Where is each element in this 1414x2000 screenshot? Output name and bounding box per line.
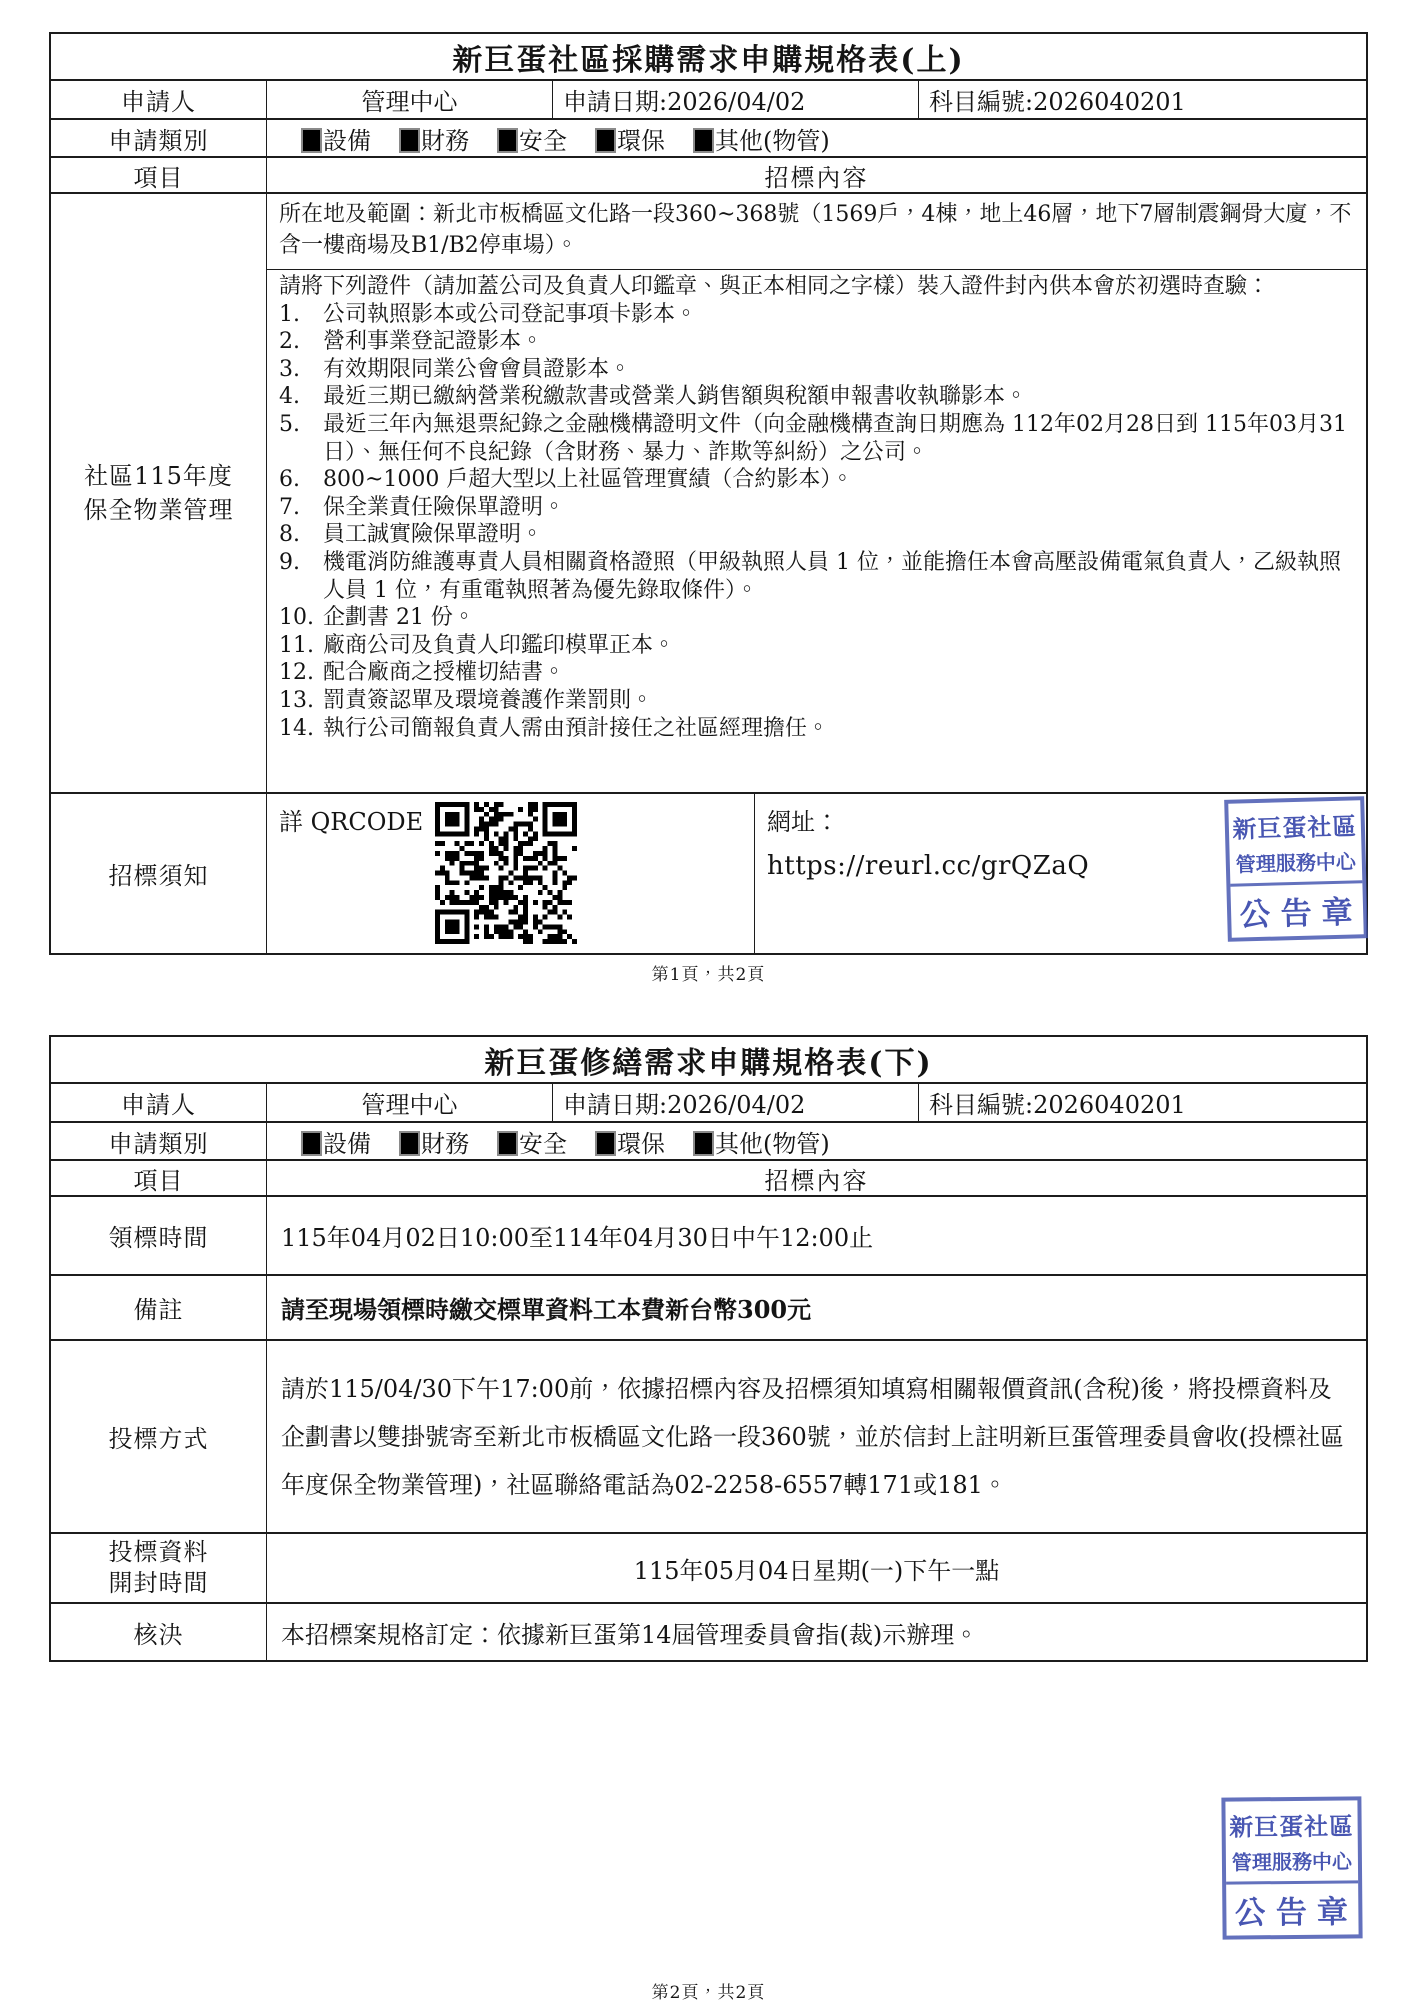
checkbox-filled-icon — [497, 128, 518, 153]
category-option: 其他(物管) — [693, 1124, 830, 1159]
table1-title-row: 新巨蛋社區採購需求申購規格表(上) — [51, 34, 1366, 79]
checkbox-filled-icon — [301, 1131, 322, 1156]
bid-opening-value: 115年05月04日星期(一)下午一點 — [266, 1534, 1366, 1602]
list-item: 9.機電消防維護專責人員相關資格證照（甲級執照人員 1 位，並能擔任本會高壓設備… — [279, 549, 1356, 604]
procurement-table-lower: 新巨蛋修繕需求申購規格表(下) 申請人 管理中心 申請日期:2026/04/02… — [49, 1035, 1368, 1662]
category-option: 安全 — [497, 121, 567, 156]
applicant-label: 申請人 — [51, 1084, 266, 1121]
qr-caption: 詳 QRCODE — [279, 802, 423, 837]
table1-category-row: 申請類別 設備 財務 安全 環保 其他(物管) — [51, 118, 1366, 156]
approval-value: 本招標案規格訂定：依據新巨蛋第14屆管理委員會指(裁)示辦理。 — [266, 1604, 1366, 1660]
tender-url: https://reurl.cc/grQZaQ — [767, 851, 1089, 881]
application-date: 申請日期:2026/04/02 — [552, 1084, 918, 1121]
bid-method-row: 投標方式 請於115/04/30下午17:00前，依據招標內容及招標須知填寫相關… — [51, 1339, 1366, 1532]
category-options: 設備 財務 安全 環保 其他(物管) — [266, 1123, 1366, 1159]
subject-number: 科目編號:2026040201 — [918, 1084, 1366, 1121]
item-label: 項目 — [51, 158, 266, 192]
category-option: 財務 — [399, 121, 469, 156]
scanned-document-page: 新巨蛋社區採購需求申購規格表(上) 申請人 管理中心 申請日期:2026/04/… — [0, 0, 1414, 2000]
checkbox-filled-icon — [301, 128, 322, 153]
remark-value: 請至現場領標時繳交標單資料工本費新台幣300元 — [266, 1276, 1366, 1339]
category-option: 設備 — [301, 121, 371, 156]
bid-opening-label: 投標資料 開封時間 — [51, 1534, 266, 1602]
announcement-stamp: 新巨蛋社區 管理服務中心 公告章 — [1224, 796, 1368, 942]
category-options: 設備 財務 安全 環保 其他(物管) — [266, 120, 1366, 156]
checkbox-filled-icon — [497, 1131, 518, 1156]
applicant-value: 管理中心 — [266, 81, 552, 118]
category-option: 環保 — [595, 1124, 665, 1159]
pickup-time-value: 115年04月02日10:00至114年04月30日中午12:00止 — [266, 1197, 1366, 1274]
category-option: 其他(物管) — [693, 121, 830, 156]
bid-method-label: 投標方式 — [51, 1341, 266, 1532]
location-scope: 所在地及範圍：新北市板橋區文化路一段360~368號（1569戶，4棟，地上46… — [267, 194, 1366, 270]
content-header: 招標內容 — [266, 158, 1366, 192]
list-item: 7.保全業責任險保單證明。 — [279, 494, 1356, 522]
applicant-value: 管理中心 — [266, 1084, 552, 1121]
table2-applicant-row: 申請人 管理中心 申請日期:2026/04/02 科目編號:2026040201 — [51, 1082, 1366, 1121]
item-label: 項目 — [51, 1161, 266, 1195]
list-item: 3.有效期限同業公會會員證影本。 — [279, 356, 1356, 384]
list-item: 13.罰責簽認單及環境養護作業罰則。 — [279, 687, 1356, 715]
table1-applicant-row: 申請人 管理中心 申請日期:2026/04/02 科目編號:2026040201 — [51, 79, 1366, 118]
table1-title: 新巨蛋社區採購需求申購規格表(上) — [452, 35, 964, 79]
applicant-label: 申請人 — [51, 81, 266, 118]
qr-code — [435, 802, 577, 944]
procurement-table-upper: 新巨蛋社區採購需求申購規格表(上) 申請人 管理中心 申請日期:2026/04/… — [49, 32, 1368, 955]
list-item: 2.營利事業登記證影本。 — [279, 328, 1356, 356]
bid-method-value: 請於115/04/30下午17:00前，依據招標內容及招標須知填寫相關報價資訊(… — [266, 1341, 1366, 1532]
subject-number: 科目編號:2026040201 — [918, 81, 1366, 118]
table1-item-header-row: 項目 招標內容 — [51, 156, 1366, 192]
table2-title: 新巨蛋修繕需求申購規格表(下) — [484, 1038, 932, 1082]
checkbox-filled-icon — [595, 128, 616, 153]
bid-opening-row: 投標資料 開封時間 115年05月04日星期(一)下午一點 — [51, 1532, 1366, 1602]
checkbox-filled-icon — [693, 1131, 714, 1156]
tender-notice-label: 招標須知 — [51, 794, 266, 953]
list-item: 10.企劃書 21 份。 — [279, 604, 1356, 632]
checkbox-filled-icon — [595, 1131, 616, 1156]
project-name: 社區115年度 保全物業管理 — [51, 194, 266, 792]
list-item: 12.配合廠商之授權切結書。 — [279, 659, 1356, 687]
required-documents-list: 請將下列證件（請加蓋公司及負責人印鑑章、與正本相同之字樣）裝入證件封內供本會於初… — [267, 270, 1366, 792]
category-option: 環保 — [595, 121, 665, 156]
category-option: 設備 — [301, 1124, 371, 1159]
list-item: 1.公司執照影本或公司登記事項卡影本。 — [279, 301, 1356, 329]
url-label: 網址： — [767, 802, 839, 837]
list-item: 6.800~1000 戶超大型以上社區管理實績（合約影本）。 — [279, 466, 1356, 494]
table2-category-row: 申請類別 設備 財務 安全 環保 其他(物管) — [51, 1121, 1366, 1159]
list-item: 5.最近三年內無退票紀錄之金融機構證明文件（向金融機構查詢日期應為 112年02… — [279, 411, 1356, 466]
page1-footer: 第1頁，共2頁 — [49, 960, 1368, 985]
checkbox-filled-icon — [399, 128, 420, 153]
application-date: 申請日期:2026/04/02 — [552, 81, 918, 118]
tender-content: 所在地及範圍：新北市板橋區文化路一段360~368號（1569戶，4棟，地上46… — [266, 194, 1366, 792]
content-header: 招標內容 — [266, 1161, 1366, 1195]
list-item: 11.廠商公司及負責人印鑑印模單正本。 — [279, 632, 1356, 660]
pickup-time-label: 領標時間 — [51, 1197, 266, 1274]
pickup-time-row: 領標時間 115年04月02日10:00至114年04月30日中午12:00止 — [51, 1195, 1366, 1274]
documents-intro: 請將下列證件（請加蓋公司及負責人印鑑章、與正本相同之字樣）裝入證件封內供本會於初… — [279, 273, 1356, 301]
list-item: 8.員工誠實險保單證明。 — [279, 521, 1356, 549]
checkbox-filled-icon — [693, 128, 714, 153]
category-label: 申請類別 — [51, 120, 266, 156]
qr-code-cell: 詳 QRCODE — [266, 794, 754, 953]
remark-row: 備註 請至現場領標時繳交標單資料工本費新台幣300元 — [51, 1274, 1366, 1339]
list-item: 4.最近三期已繳納營業稅繳款書或營業人銷售額與稅額申報書收執聯影本。 — [279, 383, 1356, 411]
page2-footer: 第2頁，共2頁 — [49, 1978, 1368, 2000]
list-item: 14.執行公司簡報負責人需由預計接任之社區經理擔任。 — [279, 715, 1356, 743]
category-label: 申請類別 — [51, 1123, 266, 1159]
category-option: 安全 — [497, 1124, 567, 1159]
checkbox-filled-icon — [399, 1131, 420, 1156]
table2-item-header-row: 項目 招標內容 — [51, 1159, 1366, 1195]
table2-title-row: 新巨蛋修繕需求申購規格表(下) — [51, 1037, 1366, 1082]
approval-label: 核決 — [51, 1604, 266, 1660]
announcement-stamp: 新巨蛋社區 管理服務中心 公告章 — [1221, 1796, 1362, 1939]
approval-row: 核決 本招標案規格訂定：依據新巨蛋第14屆管理委員會指(裁)示辦理。 — [51, 1602, 1366, 1660]
category-option: 財務 — [399, 1124, 469, 1159]
remark-label: 備註 — [51, 1276, 266, 1339]
table1-main-content-row: 社區115年度 保全物業管理 所在地及範圍：新北市板橋區文化路一段360~368… — [51, 192, 1366, 792]
table1-notice-row: 招標須知 詳 QRCODE 網址： https://reurl.cc/grQZa… — [51, 792, 1366, 953]
